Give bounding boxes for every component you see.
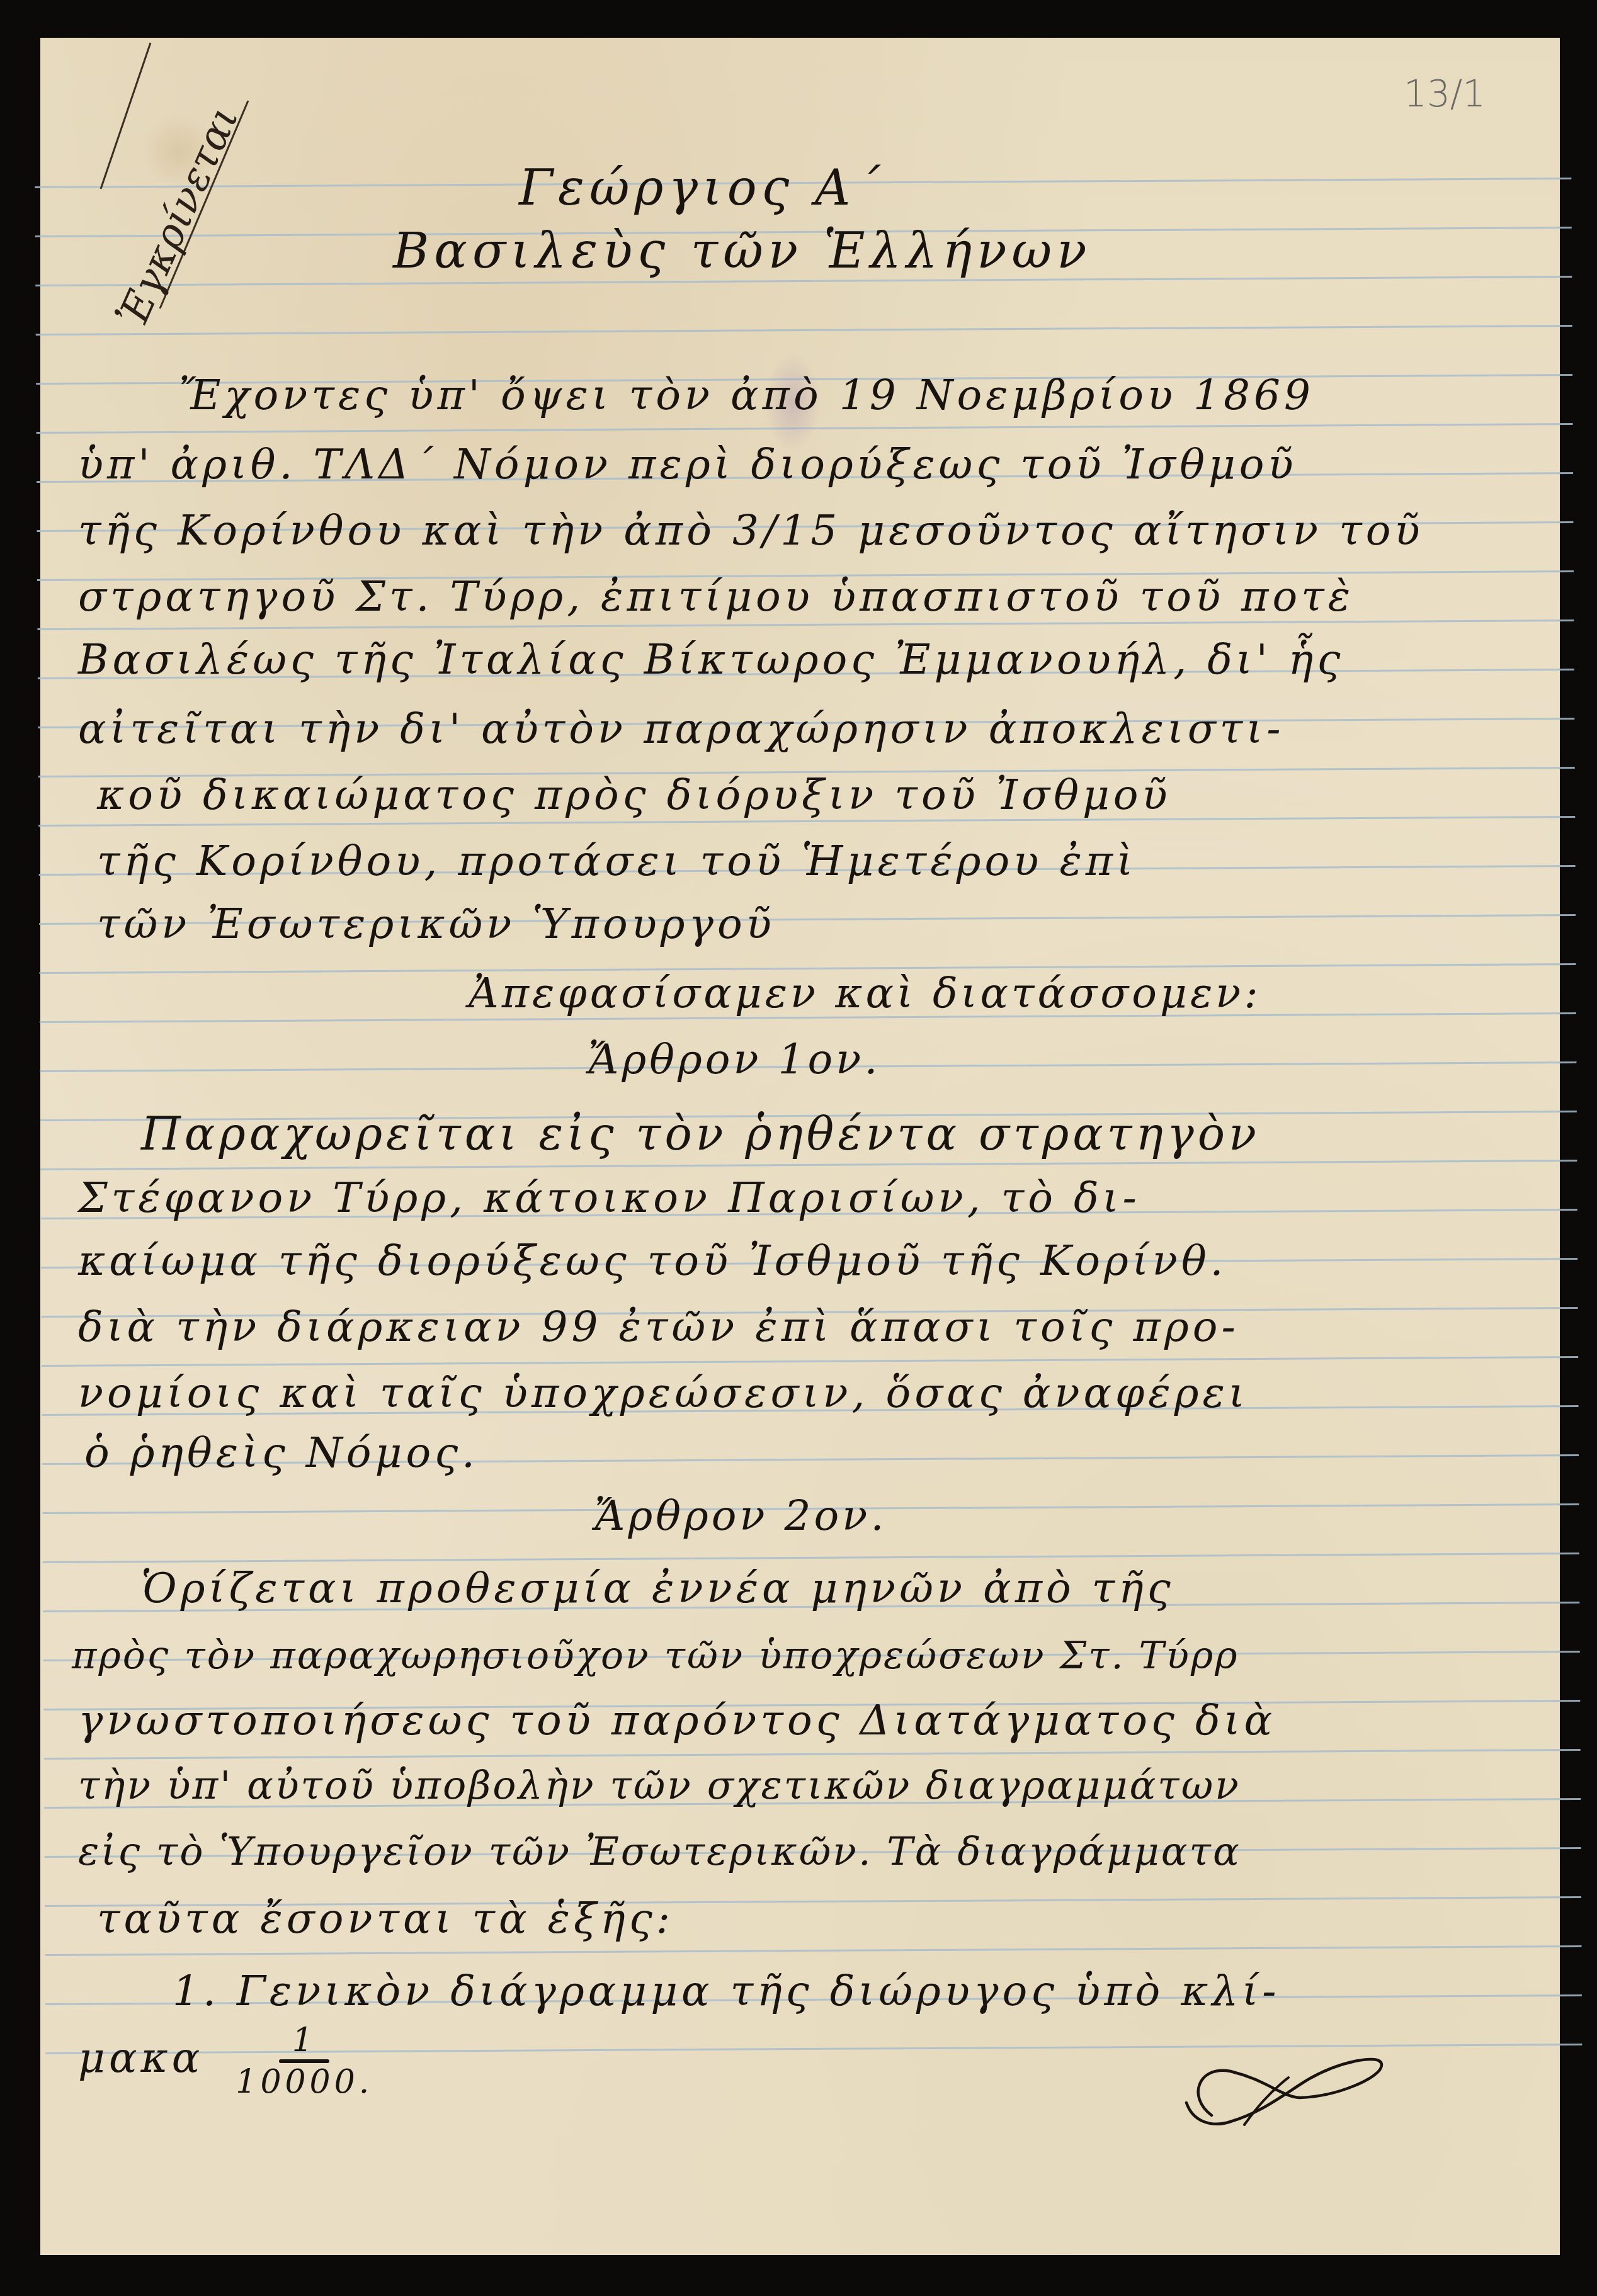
page-number: 13/1 — [1404, 72, 1486, 115]
article-1-line: ὁ ῥηθεὶς Νόμος. — [84, 1432, 479, 1474]
preamble-line: τῶν Ἐσωτερικῶν Ὑπουργοῦ — [97, 903, 775, 945]
article-2-line: γνωστοποιήσεως τοῦ παρόντος Διατάγματος … — [78, 1700, 1276, 1741]
document-title: Γεώργιος Α΄ — [519, 164, 885, 213]
article-2-line: εἰς τὸ Ὑπουργεῖον τῶν Ἐσωτερικῶν. Τὰ δια… — [78, 1832, 1241, 1871]
scale-denominator: 10000. — [236, 2066, 373, 2098]
article-1-heading: Ἄρθρον 1ον. — [588, 1039, 880, 1080]
item-text: Γενικὸν διάγραμμα τῆς διώρυγος ὑπὸ κλί- — [237, 1967, 1280, 2015]
article-1-line: καίωμα τῆς διορύξεως τοῦ Ἰσθμοῦ τῆς Κορί… — [78, 1240, 1227, 1282]
manuscript-page: 13/1 Ἐγκρίνεται Γεώργιος Α΄ Βασιλεὺς τῶν… — [40, 38, 1560, 2255]
scale-numerator: 1 — [236, 2024, 373, 2057]
item-number: 1. — [173, 1967, 220, 2015]
signature-paraph-icon — [1174, 2052, 1426, 2178]
preamble-line: κοῦ δικαιώματος πρὸς διόρυξιν τοῦ Ἰσθμοῦ — [97, 774, 1171, 816]
diagram-item: 1. Γενικὸν διάγραμμα τῆς διώρυγος ὑπὸ κλ… — [173, 1971, 1280, 2012]
article-1-line: διὰ τὴν διάρκειαν 99 ἐτῶν ἐπὶ ἅπασι τοῖς… — [78, 1306, 1239, 1348]
preamble-line: Ἔχοντες ὑπ' ὄψει τὸν ἀπὸ 19 Νοεμβρίου 18… — [179, 375, 1314, 416]
article-1-line: Στέφανον Τύρρ, κάτοικον Παρισίων, τὸ δι- — [78, 1177, 1140, 1219]
document-subtitle: Βασιλεὺς τῶν Ἑλλήνων — [393, 227, 1092, 276]
item-text-cont: μακα — [78, 2033, 203, 2082]
decree-formula: Ἀπεφασίσαμεν καὶ διατάσσομεν: — [469, 973, 1261, 1014]
article-1-line: νομίοις καὶ ταῖς ὑποχρεώσεσιν, ὅσας ἀναφ… — [78, 1372, 1249, 1414]
article-2-heading: Ἄρθρον 2ον. — [594, 1495, 887, 1537]
article-2-line: Ὁρίζεται προθεσμία ἐννέα μηνῶν ἀπὸ τῆς — [141, 1568, 1174, 1609]
article-1-line: Παραχωρεῖται εἰς τὸν ῥηθέντα στρατηγὸν — [141, 1111, 1260, 1156]
article-2-line: πρὸς τὸν παραχωρησιοῦχον τῶν ὑποχρεώσεων… — [72, 1637, 1239, 1675]
preamble-line: στρατηγοῦ Στ. Τύρρ, ἐπιτίμου ὑπασπιστοῦ … — [78, 576, 1354, 618]
article-2-line: τὴν ὑπ' αὐτοῦ ὑποβολὴν τῶν σχετικῶν διαγ… — [78, 1766, 1241, 1805]
diagram-item-continued: μακα 1 10000. — [78, 2024, 373, 2098]
preamble-line: τῆς Κορίνθου καὶ τὴν ἀπὸ 3/15 μεσοῦντος … — [78, 510, 1424, 551]
preamble-line: Βασιλέως τῆς Ἰταλίας Βίκτωρος Ἐμμανουήλ,… — [78, 639, 1344, 681]
scale-fraction: 1 10000. — [236, 2024, 373, 2098]
article-2-line: ταῦτα ἔσονται τὰ ἑξῆς: — [97, 1898, 674, 1940]
preamble-line: ὑπ' ἀριθ. ΤΛΔ΄ Νόμον περὶ διορύξεως τοῦ … — [78, 444, 1297, 485]
preamble-line: αἰτεῖται τὴν δι' αὐτὸν παραχώρησιν ἀποκλ… — [78, 708, 1284, 750]
preamble-line: τῆς Κορίνθου, προτάσει τοῦ Ἡμετέρου ἐπὶ — [97, 840, 1137, 882]
